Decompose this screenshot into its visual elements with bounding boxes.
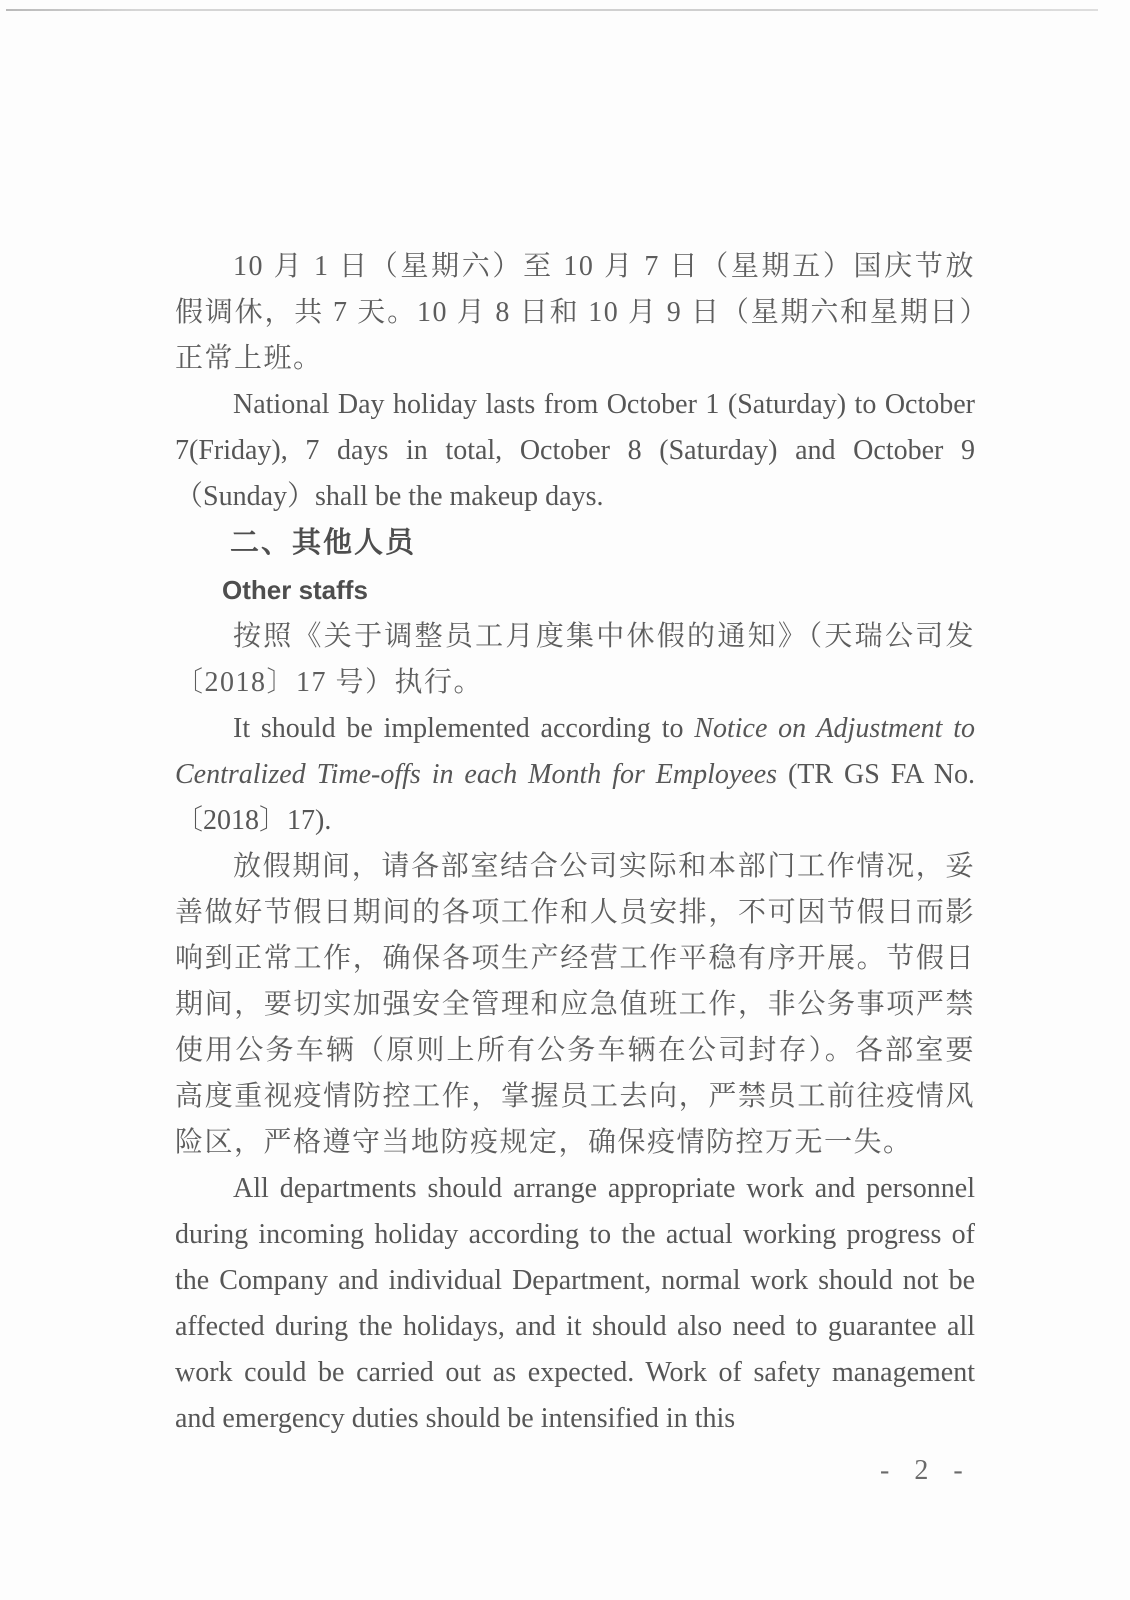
section-heading-other-staff-en: Other staffs [175, 567, 975, 614]
scanned-document-page: 10 月 1 日（星期六）至 10 月 7 日（星期五）国庆节放假调休，共 7 … [0, 0, 1130, 1600]
paragraph-holiday-arrangement-en: All departments should arrange appropria… [175, 1166, 975, 1442]
paragraph-policy-reference-en: It should be implemented according to No… [175, 706, 975, 844]
scan-artifact-line [6, 9, 1098, 11]
paragraph-policy-reference-zh: 按照《关于调整员工月度集中休假的通知》（天瑞公司发〔2018〕17 号）执行。 [175, 614, 975, 706]
section-heading-other-staff-zh: 二、其他人员 [175, 520, 975, 567]
paragraph-holiday-schedule-zh: 10 月 1 日（星期六）至 10 月 7 日（星期五）国庆节放假调休，共 7 … [175, 244, 975, 382]
document-body: 10 月 1 日（星期六）至 10 月 7 日（星期五）国庆节放假调休，共 7 … [175, 244, 975, 1442]
paragraph-holiday-arrangement-zh: 放假期间，请各部室结合公司实际和本部门工作情况，妥善做好节假日期间的各项工作和人… [175, 844, 975, 1166]
paragraph-holiday-schedule-en: National Day holiday lasts from October … [175, 382, 975, 520]
page-number: - 2 - [880, 1455, 972, 1487]
policy-reference-en-prefix: It should be implemented according to [233, 713, 694, 744]
